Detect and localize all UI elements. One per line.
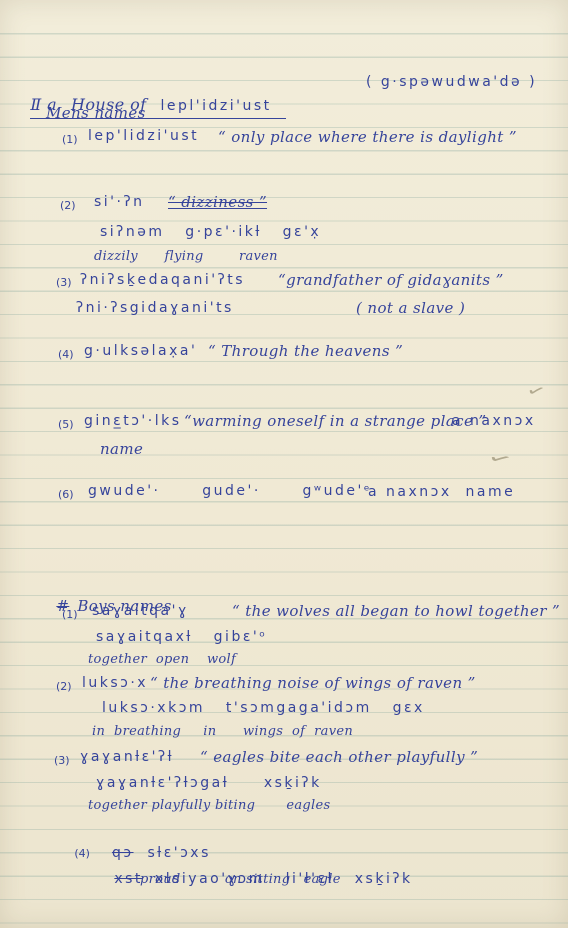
item-number: (2) [56, 680, 72, 693]
phonetic-name: si'·ʔn [94, 194, 145, 210]
crossed-out-word: xst [114, 871, 143, 887]
phonetic-name: luksɔ·x [82, 675, 148, 691]
phonetic-line: luksɔ·xkɔm t'sɔmgaga'idɔm gɛx [102, 700, 425, 716]
item-number: (5) [58, 418, 74, 431]
interlinear-gloss: proud on sitting eagle [140, 872, 341, 887]
english-gloss: “ eagles bite each other playfully ” [200, 748, 478, 766]
phonetic-name: g·ulksəlax̣a' [84, 343, 197, 359]
phonetic-name: ɣaɣanƚɛ'ʔƚ [80, 749, 174, 765]
item-number: (6) [58, 488, 74, 501]
phonetic-line: saɣaitqaxƚ gibɛ'ᵒ [96, 629, 268, 645]
house-title-phonetic: lepl'idzi'ust [160, 98, 271, 114]
pencil-checkmark: ✓ [525, 380, 548, 402]
notebook-page: Ⅱ aHouse oflepl'idzi'ust ( g·spəwudwa'də… [0, 0, 568, 928]
interlinear-gloss: together open wolf [88, 652, 236, 667]
phonetic-name: lep'lidzi'ust [88, 128, 199, 144]
phonetic-line: siʔnəm g·pɛ'·ikƚ gɛ'x̣ [100, 224, 321, 240]
phonetic-line: ʔni·ʔsgidaɣani'ts [76, 300, 234, 316]
item-number: (3) [56, 276, 72, 289]
header-annotation: ( g·spəwudwa'də ) [366, 74, 537, 90]
item-number: (1) [62, 608, 78, 621]
item-number: (4) [58, 348, 74, 361]
naxnox-note: a naxnɔx [452, 413, 536, 429]
item-number: (4) [74, 847, 90, 860]
english-gloss: “ the wolves all began to howl together … [232, 602, 560, 620]
item-number: (2) [60, 199, 76, 212]
english-gloss: “grandfather of gidaɣanits ” [278, 271, 504, 289]
item-number: (3) [54, 754, 70, 767]
interlinear-gloss: dizzily flying raven [94, 249, 278, 264]
english-gloss: “ only place where there is daylight ” [218, 128, 517, 146]
phonetic-name-variants: gwude'· gude'· gʷude'ᵉ [88, 483, 372, 499]
note-continuation: name [100, 440, 143, 458]
interlinear-gloss: in breathing in wings of raven [92, 724, 353, 739]
item-number: (1) [62, 133, 78, 146]
phonetic-name: ʔniʔsḵedaqani'ʔts [80, 272, 245, 288]
english-gloss-crossed-out: “ dizziness ” [168, 193, 267, 211]
phonetic-line: ɣaɣanƚɛ'ʔƚɔgaƚ xsḵiʔk [96, 775, 322, 791]
pencil-checkmark: ✓ [485, 446, 516, 471]
english-gloss: “ Through the heavens ” [208, 342, 403, 360]
side-note: ( not a slave ) [356, 299, 465, 317]
english-gloss: “warming oneself in a strange place ” [184, 412, 486, 430]
interlinear-gloss: together playfully biting eagles [88, 798, 330, 813]
naxnox-note: a naxnɔx name [368, 484, 515, 500]
english-gloss: “ the breathing noise of wings of raven … [150, 674, 476, 692]
phonetic-name: saɣaitqa'ɣ [92, 603, 189, 619]
section-title-mens: Mens names [46, 104, 146, 122]
phonetic-name: ginɛ̲tɔ'·lks [84, 413, 182, 429]
